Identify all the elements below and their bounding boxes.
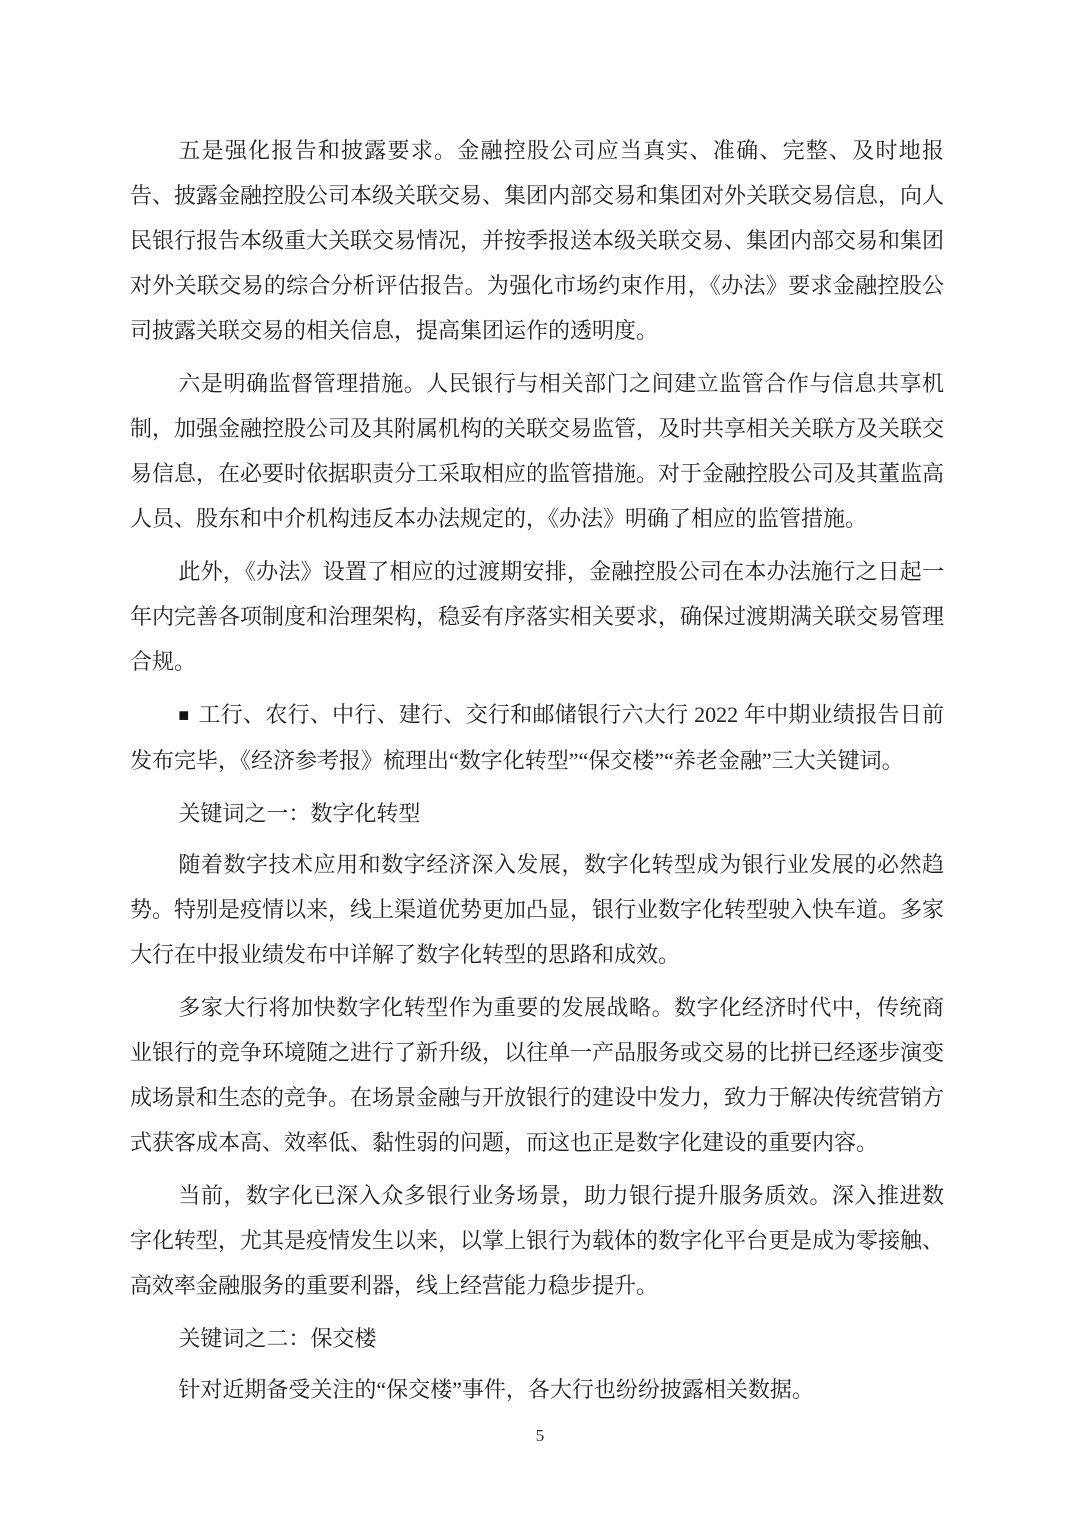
keyword-heading: 关键词之一：数字化转型	[130, 791, 944, 836]
document-page: 五是强化报告和披露要求。金融控股公司应当真实、准确、完整、及时地报告、披露金融控…	[0, 0, 1080, 1528]
paragraph: 随着数字技术应用和数字经济深入发展，数字化转型成为银行业发展的必然趋势。特别是疫…	[130, 842, 944, 977]
keyword-heading: 关键词之二：保交楼	[130, 1316, 944, 1361]
paragraph: 当前，数字化已深入众多银行业务场景，助力银行提升服务质效。深入推进数字化转型，尤…	[130, 1173, 944, 1308]
bulleted-paragraph: ■工行、农行、中行、建行、交行和邮储银行六大行 2022 年中期业绩报告日前发布…	[130, 692, 944, 783]
page-number: 5	[536, 1426, 545, 1445]
paragraph-text: 工行、农行、中行、建行、交行和邮储银行六大行 2022 年中期业绩报告日前发布完…	[130, 702, 944, 773]
paragraph: 此外，《办法》设置了相应的过渡期安排，金融控股公司在本办法施行之日起一年内完善各…	[130, 549, 944, 684]
paragraph: 多家大行将加快数字化转型作为重要的发展战略。数字化经济时代中，传统商业银行的竞争…	[130, 985, 944, 1165]
page-footer: 5	[0, 1426, 1080, 1446]
paragraph: 五是强化报告和披露要求。金融控股公司应当真实、准确、完整、及时地报告、披露金融控…	[130, 128, 944, 353]
paragraph: 六是明确监督管理措施。人民银行与相关部门之间建立监管合作与信息共享机制，加强金融…	[130, 361, 944, 541]
paragraph: 针对近期备受关注的“保交楼”事件，各大行也纷纷披露相关数据。	[130, 1367, 944, 1412]
bullet-square-icon: ■	[178, 705, 189, 725]
